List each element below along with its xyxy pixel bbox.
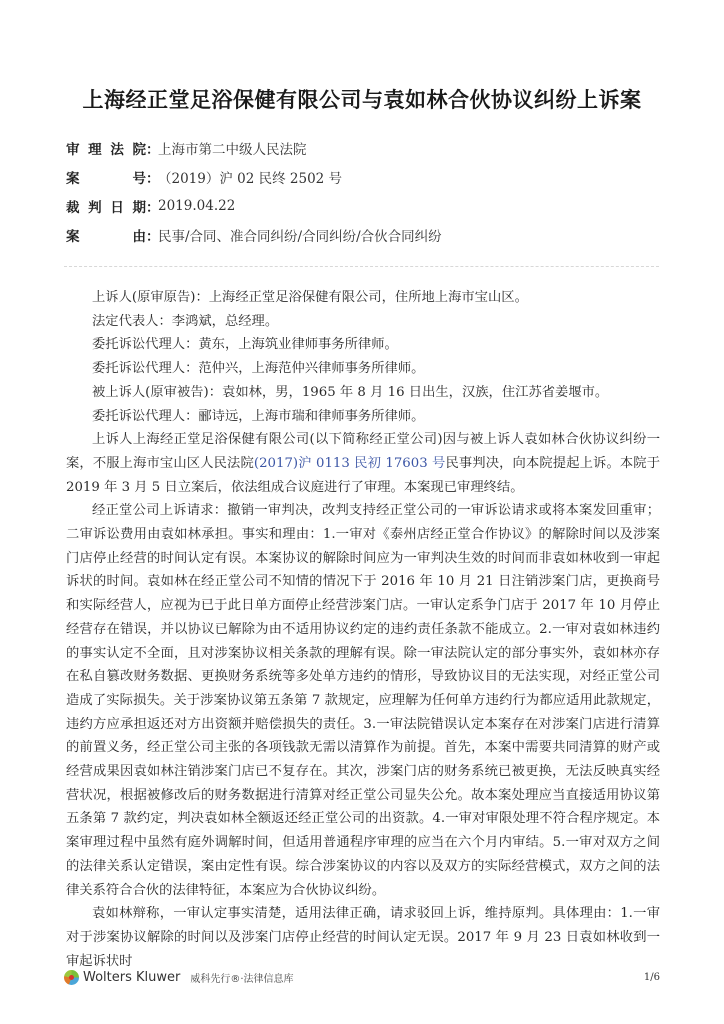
dashed-divider bbox=[64, 266, 659, 267]
meta-row-cause: 案 由 ： 民事/合同、准合同纠纷/合同纠纷/合伙合同纠纷 bbox=[66, 220, 442, 249]
page-number: 1/6 bbox=[644, 972, 660, 983]
court-value: 上海市第二中级人民法院 bbox=[158, 138, 307, 158]
party-appellee: 被上诉人(原审被告)：袁如林，男，1965 年 8 月 16 日出生，汉族，住江… bbox=[66, 381, 660, 405]
document-body: 上诉人(原审原告)：上海经正堂足浴保健有限公司，住所地上海市宝山区。 法定代表人… bbox=[66, 286, 660, 973]
meta-label: 裁 判 日 期 bbox=[66, 196, 146, 216]
cause-value: 民事/合同、准合同纠纷/合同纠纷/合伙合同纠纷 bbox=[158, 225, 442, 245]
meta-row-court: 审 理 法 院 ： 上海市第二中级人民法院 bbox=[66, 133, 442, 162]
case-metadata: 审 理 法 院 ： 上海市第二中级人民法院 案 号 ： （2019）沪 02 民… bbox=[66, 133, 442, 249]
party-agent-2: 委托诉讼代理人：范仲兴，上海范仲兴律师事务所律师。 bbox=[66, 357, 660, 381]
paragraph-appeal-claims: 经正堂公司上诉请求：撤销一审判决，改判支持经正堂公司的一审诉讼请求或将本案发回重… bbox=[66, 499, 660, 902]
brand-name-cn: 威科先行®·法律信息库 bbox=[190, 970, 293, 985]
meta-label: 案 号 bbox=[66, 167, 146, 187]
case-reference-link[interactable]: (2017)沪 0113 民初 17603 号 bbox=[254, 456, 446, 471]
wolters-kluwer-logo-icon bbox=[64, 970, 79, 985]
case-number-value: （2019）沪 02 民终 2502 号 bbox=[158, 167, 342, 187]
meta-row-judgment-date: 裁 判 日 期 ： 2019.04.22 bbox=[66, 191, 442, 220]
judgment-date-value: 2019.04.22 bbox=[158, 198, 235, 214]
page-footer: Wolters Kluwer 威科先行®·法律信息库 1/6 bbox=[64, 966, 660, 988]
brand-name: Wolters Kluwer bbox=[83, 970, 180, 985]
paragraph-defense: 袁如林辩称，一审认定事实清楚，适用法律正确，请求驳回上诉，维持原判。具体理由：1… bbox=[66, 902, 660, 973]
meta-row-case-number: 案 号 ： （2019）沪 02 民终 2502 号 bbox=[66, 162, 442, 191]
paragraph-case-intro: 上诉人上海经正堂足浴保健有限公司(以下简称经正堂公司)因与被上诉人袁如林合伙协议… bbox=[66, 428, 660, 499]
party-agent-1: 委托诉讼代理人：黄东，上海筑业律师事务所律师。 bbox=[66, 333, 660, 357]
document-title: 上海经正堂足浴保健有限公司与袁如林合伙协议纠纷上诉案 bbox=[0, 84, 724, 114]
party-appellant: 上诉人(原审原告)：上海经正堂足浴保健有限公司，住所地上海市宝山区。 bbox=[66, 286, 660, 310]
meta-label: 审 理 法 院 bbox=[66, 138, 146, 158]
party-legal-rep: 法定代表人：李鸿斌，总经理。 bbox=[66, 310, 660, 334]
meta-label: 案 由 bbox=[66, 225, 146, 245]
party-agent-3: 委托诉讼代理人：郦诗远，上海市瑞和律师事务所律师。 bbox=[66, 405, 660, 429]
